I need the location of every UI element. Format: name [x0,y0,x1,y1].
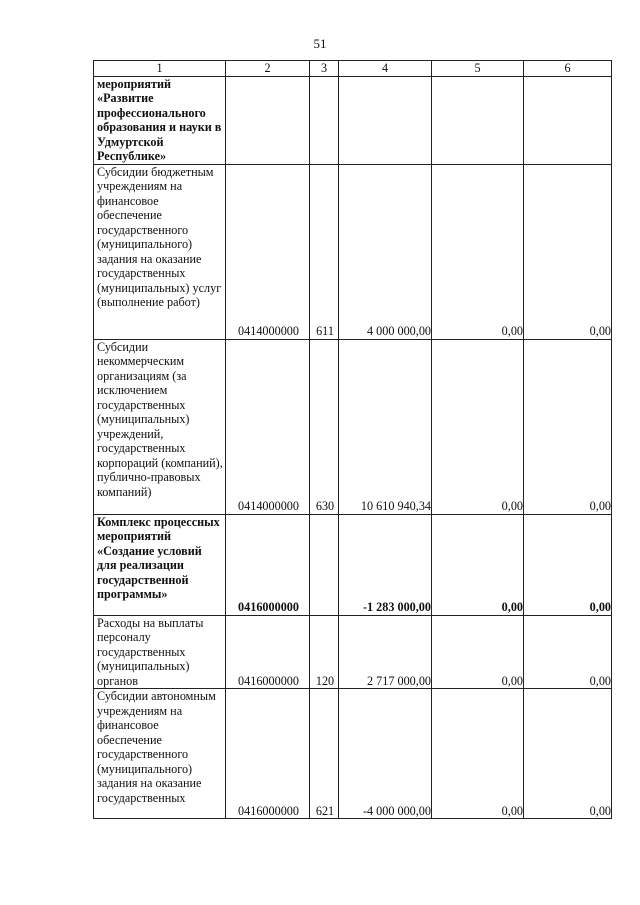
target-code-cell: 0414000000 [226,339,310,514]
table-row: Субсидии автономным учреждениям на финан… [94,689,612,819]
expense-type-cell: 621 [310,689,339,819]
budget-table: 1 2 3 4 5 6 мероприятий «Развитие профес… [93,60,612,819]
expense-type-cell: 611 [310,164,339,339]
amount-col-4-cell [339,76,432,164]
row-name-cell: Комплекс процессных мероприятий «Создани… [94,514,226,615]
header-col-6: 6 [524,61,612,77]
header-col-5: 5 [432,61,524,77]
target-code-cell: 0416000000 [226,615,310,689]
amount-col-6-cell: 0,00 [524,514,612,615]
amount-col-4-cell: 2 717 000,00 [339,615,432,689]
expense-type-cell: 630 [310,339,339,514]
expense-type-cell [310,514,339,615]
amount-col-5-cell: 0,00 [432,689,524,819]
header-col-1: 1 [94,61,226,77]
header-col-4: 4 [339,61,432,77]
amount-col-5-cell: 0,00 [432,339,524,514]
amount-col-6-cell [524,76,612,164]
page-number: 51 [0,36,640,52]
row-name-cell: мероприятий «Развитие профессионального … [94,76,226,164]
table-row: Субсидии бюджетным учреждениям на финанс… [94,164,612,339]
table-row: мероприятий «Развитие профессионального … [94,76,612,164]
amount-col-6-cell: 0,00 [524,339,612,514]
row-name-cell: Субсидии некоммерческим организациям (за… [94,339,226,514]
table-row: Субсидии некоммерческим организациям (за… [94,339,612,514]
amount-col-4-cell: -4 000 000,00 [339,689,432,819]
amount-col-4-cell: 10 610 940,34 [339,339,432,514]
target-code-cell: 0416000000 [226,689,310,819]
row-name-cell: Субсидии автономным учреждениям на финан… [94,689,226,819]
row-name-cell: Субсидии бюджетным учреждениям на финанс… [94,164,226,339]
column-number-header: 1 2 3 4 5 6 [94,61,612,77]
amount-col-5-cell: 0,00 [432,615,524,689]
header-col-3: 3 [310,61,339,77]
amount-col-5-cell: 0,00 [432,164,524,339]
target-code-cell: 0416000000 [226,514,310,615]
expense-type-cell [310,76,339,164]
amount-col-4-cell: 4 000 000,00 [339,164,432,339]
amount-col-5-cell: 0,00 [432,514,524,615]
target-code-cell [226,76,310,164]
table-row: Комплекс процессных мероприятий «Создани… [94,514,612,615]
amount-col-6-cell: 0,00 [524,615,612,689]
table-row: Расходы на выплаты персоналу государстве… [94,615,612,689]
amount-col-6-cell: 0,00 [524,689,612,819]
amount-col-5-cell [432,76,524,164]
amount-col-6-cell: 0,00 [524,164,612,339]
header-col-2: 2 [226,61,310,77]
row-name-cell: Расходы на выплаты персоналу государстве… [94,615,226,689]
expense-type-cell: 120 [310,615,339,689]
target-code-cell: 0414000000 [226,164,310,339]
amount-col-4-cell: -1 283 000,00 [339,514,432,615]
